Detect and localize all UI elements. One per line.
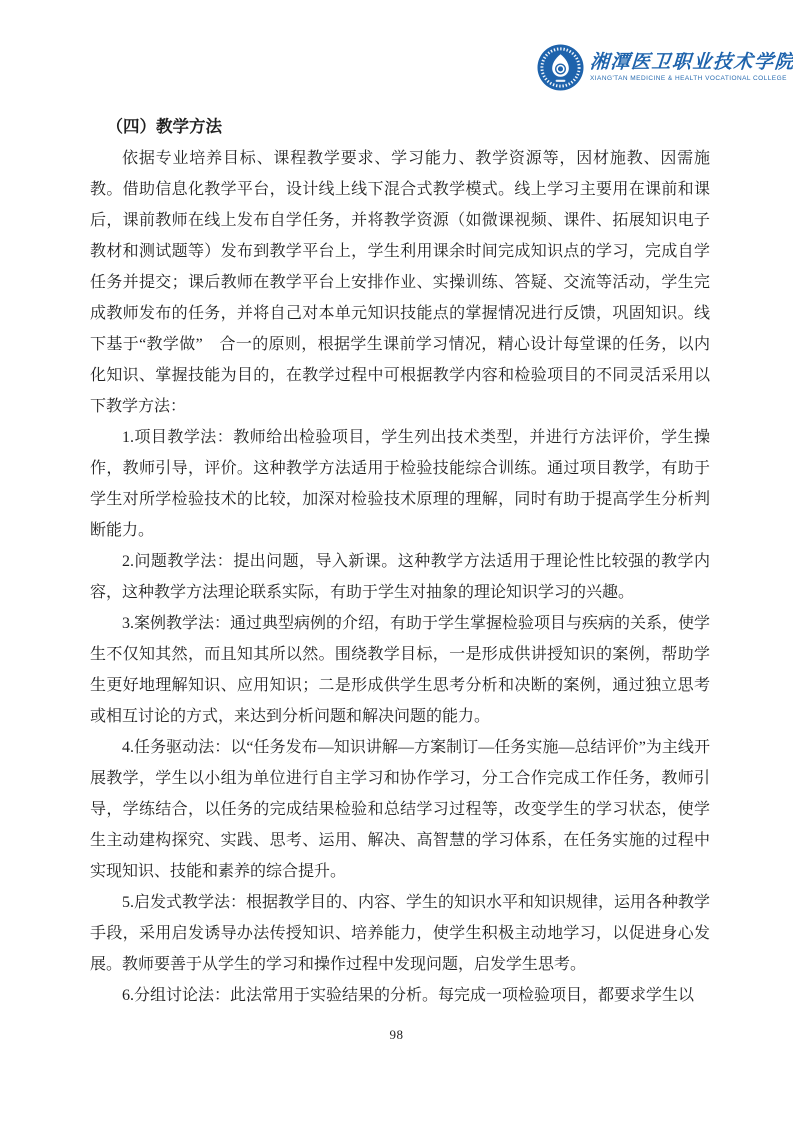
paragraph: 5.启发式教学法：根据教学目的、内容、学生的知识水平和知识规律，运用各种教学手段… — [90, 887, 710, 980]
page-number: 98 — [390, 1027, 404, 1042]
document-page: 湘潭医卫职业技术学院 XIANG'TAN MEDICINE & HEALTH V… — [0, 0, 793, 1122]
paragraph: 6.分组讨论法：此法常用于实验结果的分析。每完成一项检验项目，都要求学生以 — [90, 980, 710, 1011]
paragraph: 4.任务驱动法：以“任务发布—知识讲解—方案制订—任务实施—总结评价”为主线开展… — [90, 732, 710, 887]
college-name-zh: 湘潭医卫职业技术学院 — [589, 52, 793, 74]
paragraph: 3.案例教学法：通过典型病例的介绍，有助于学生掌握检验项目与疾病的关系，使学生不… — [90, 608, 710, 732]
paragraph: 1.项目教学法：教师给出检验项目，学生列出技术类型，并进行方法评价，学生操作，教… — [90, 422, 710, 546]
college-name-block: 湘潭医卫职业技术学院 XIANG'TAN MEDICINE & HEALTH V… — [590, 52, 793, 83]
paragraph: 2.问题教学法：提出问题，导入新课。这种教学方法适用于理论性比较强的教学内容，这… — [90, 546, 710, 608]
section-heading: （四）教学方法 — [90, 116, 710, 138]
page-header: 湘潭医卫职业技术学院 XIANG'TAN MEDICINE & HEALTH V… — [537, 44, 793, 91]
paragraph: 依据专业培养目标、课程教学要求、学习能力、教学资源等，因材施教、因需施教。借助信… — [90, 143, 710, 422]
body-paragraphs: 依据专业培养目标、课程教学要求、学习能力、教学资源等，因材施教、因需施教。借助信… — [90, 143, 710, 1011]
college-seal-icon — [537, 44, 584, 91]
document-body: （四）教学方法 依据专业培养目标、课程教学要求、学习能力、教学资源等，因材施教、… — [90, 116, 710, 1011]
college-name-en: XIANG'TAN MEDICINE & HEALTH VOCATIONAL C… — [590, 74, 793, 83]
page-footer: 98 — [0, 1026, 793, 1044]
